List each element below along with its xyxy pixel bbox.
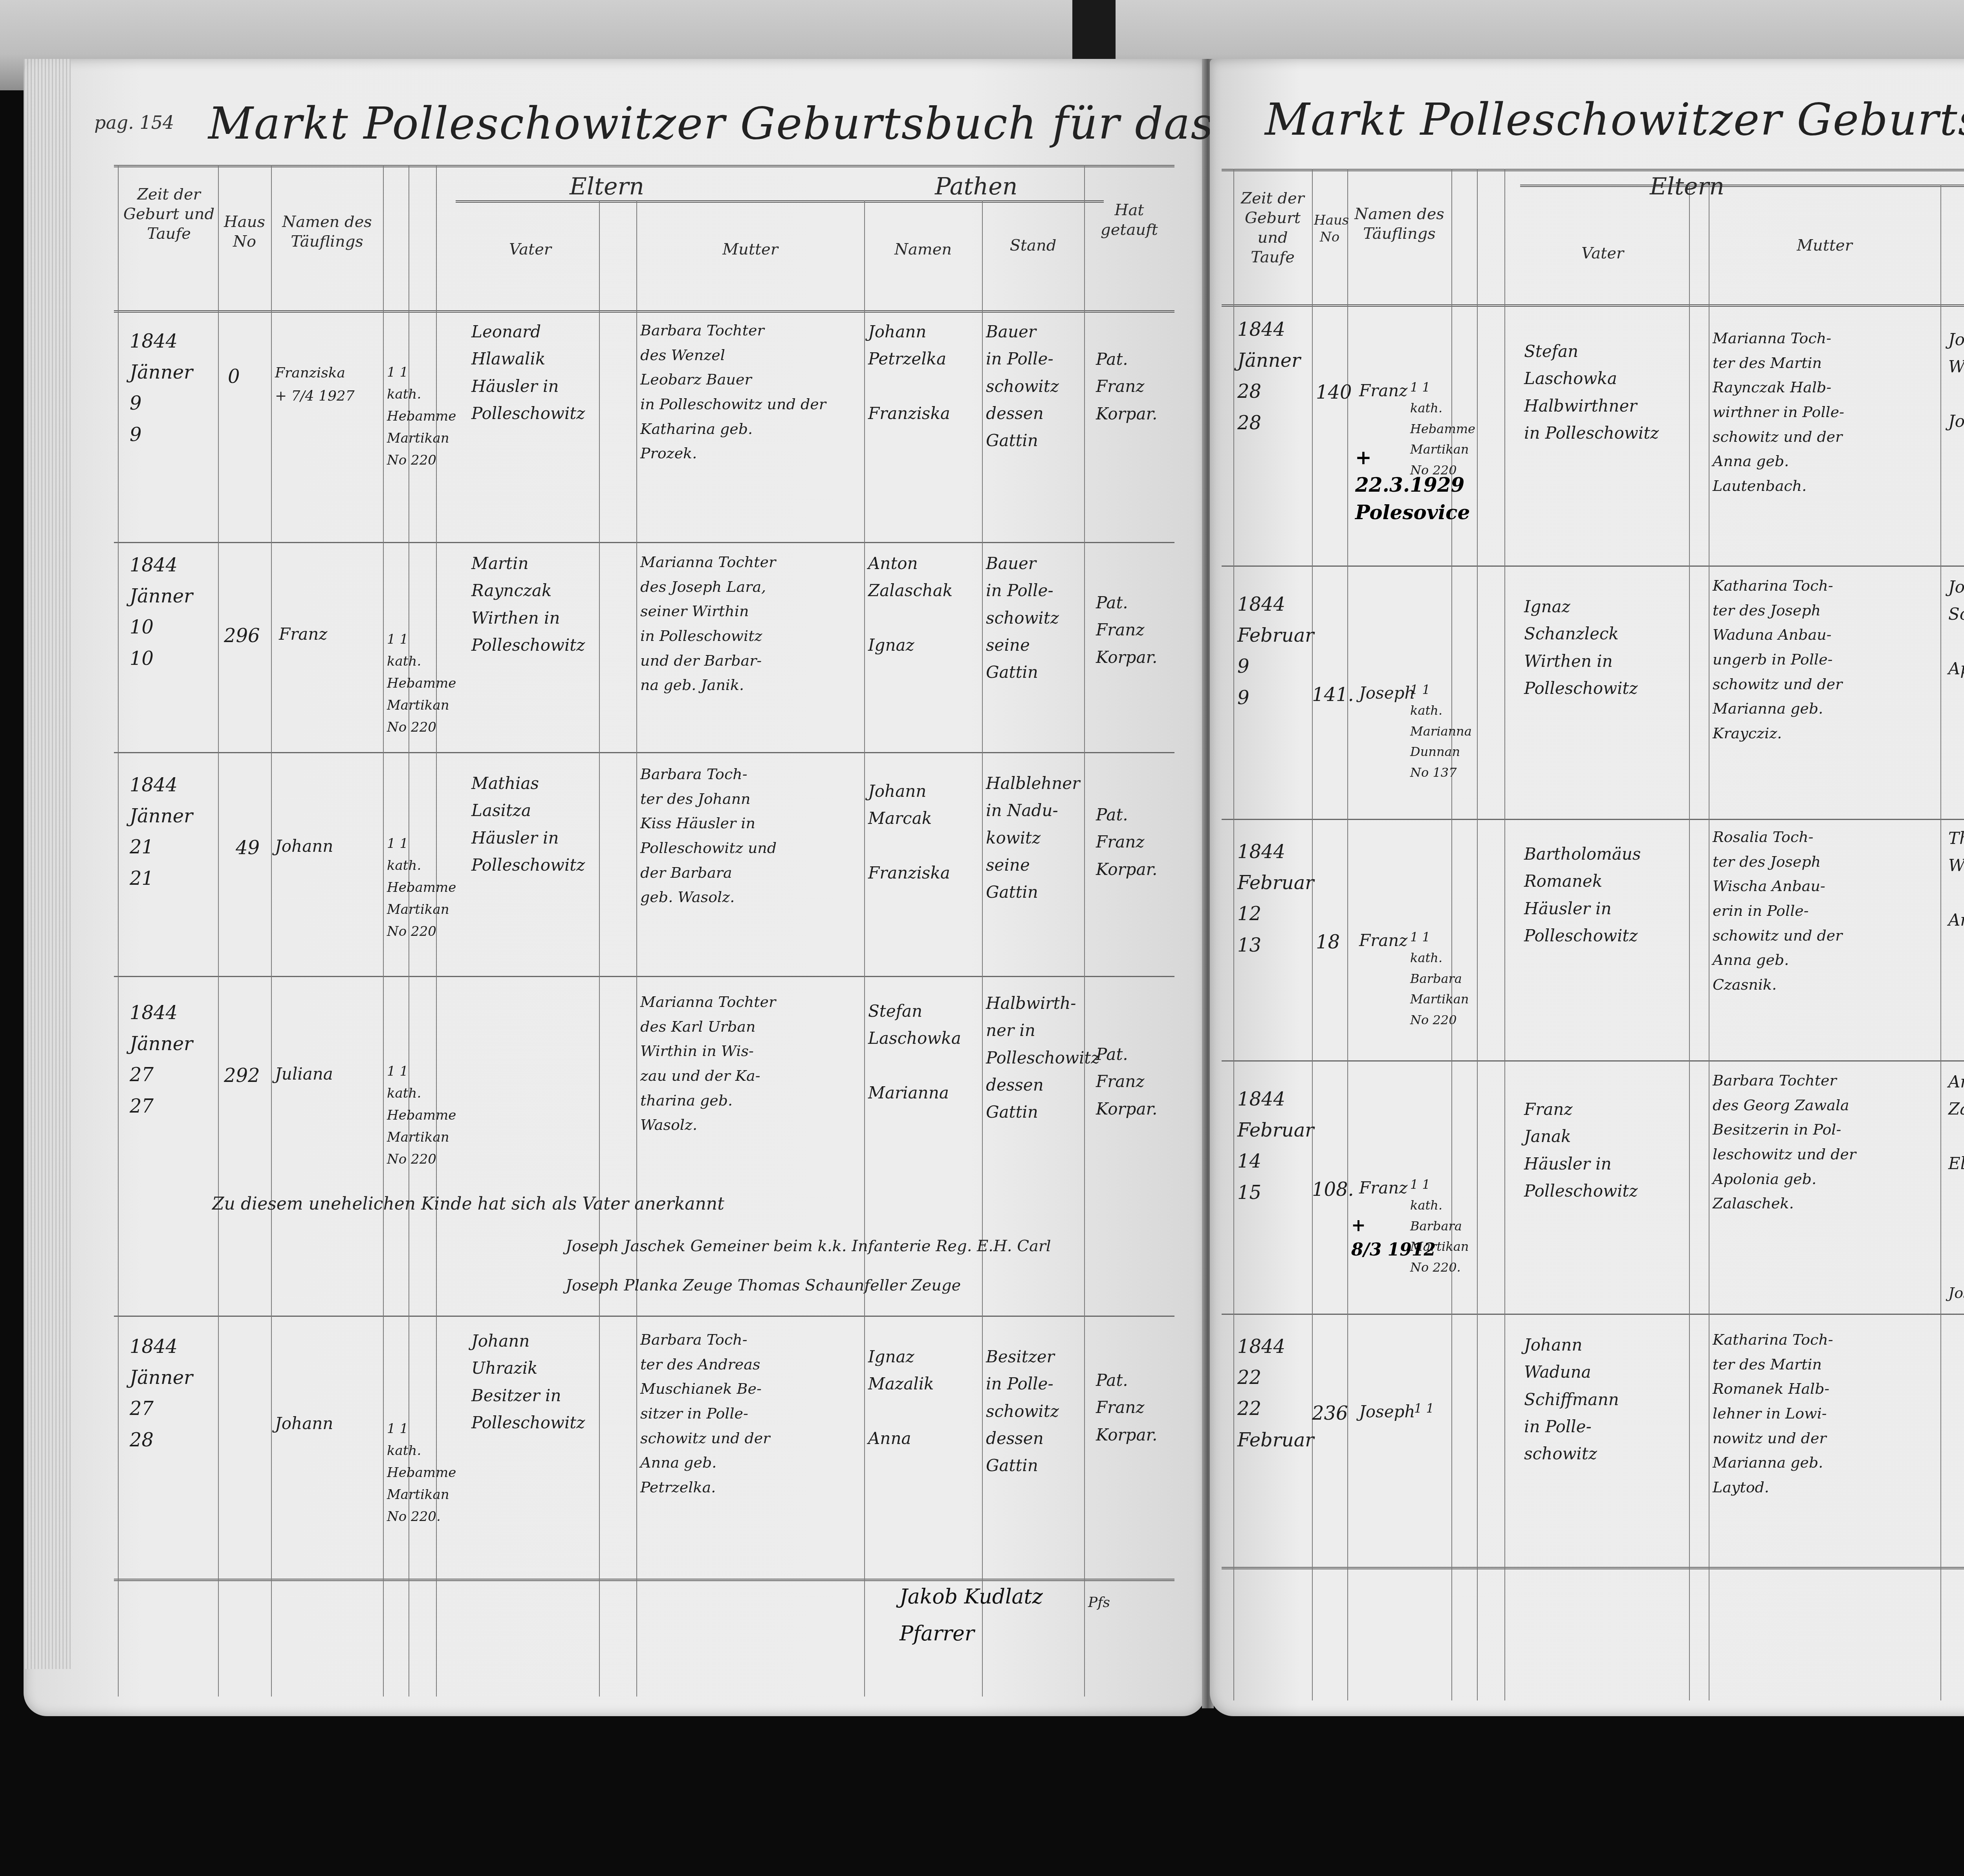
col-line [1689, 185, 1690, 1700]
col-line [982, 200, 983, 1697]
col-line [218, 165, 219, 1697]
left-group-header-godparents: Pathen [935, 173, 1017, 200]
right-table-bottom-rule [1222, 1567, 1964, 1569]
entry-godparent-names: Anton Zalaschak Ignaz [868, 550, 953, 659]
entry-mother: Barbara Tochter des Wenzel Leobarz Bauer… [640, 318, 826, 466]
left-col-header-house: Haus No [220, 212, 269, 251]
left-page-number: pag. 154 [94, 112, 174, 133]
left-col-header-godparent-status: Stand [986, 236, 1080, 255]
entry-baptized-by: Pat. Franz Korpar. [1096, 589, 1157, 671]
entry-mother: Marianna Toch- ter des Martin Raynczak H… [1713, 326, 1844, 498]
left-col-header-mother: Mutter [644, 240, 856, 259]
col-line [1233, 169, 1234, 1700]
left-row-divider [114, 752, 1174, 753]
entry-father: Martin Raynczak Wirthen in Polleschowitz [471, 550, 585, 659]
entry-marks: 1 1 kath. Hebamme Martikan No 220 [387, 361, 456, 471]
right-table-top-rule [1222, 169, 1964, 171]
entry-child-name: Franz [1359, 377, 1407, 404]
entry-mother: Barbara Toch- ter des Johann Kiss Häusle… [640, 762, 777, 910]
entry-child-name: Joseph [1359, 1398, 1415, 1425]
left-group-header-parents: Eltern [570, 173, 644, 200]
entry-house-number: 236 [1312, 1398, 1348, 1429]
col-line [1477, 169, 1478, 1700]
left-header-bottom-rule [114, 310, 1174, 313]
entry-date: 1844 Februar 14 15 [1237, 1084, 1314, 1208]
entry-child-name: Franz [279, 620, 327, 648]
right-page-title: Markt Polleschowitzer Geburtsbuch für da… [1265, 94, 1964, 145]
col-line [1940, 185, 1941, 1700]
left-col-header-child-name: Namen des Täuflings [273, 212, 381, 251]
entry-mother: Katharina Toch- ter des Joseph Waduna An… [1713, 573, 1843, 746]
entry-marks: 1 1 kath. Hebamme Martikan No 220 [387, 833, 456, 943]
entry-date: 1844 22 22 Februar [1237, 1331, 1314, 1456]
entry-house-number: 296 [224, 620, 260, 652]
right-row-divider [1222, 1060, 1964, 1062]
col-line [599, 200, 600, 1697]
entry-godparent-status: Bauer in Polle- schowitz dessen Gattin [986, 318, 1059, 454]
entry-father: Leonard Hlawalik Häusler in Polleschowit… [471, 318, 585, 427]
right-row-divider [1222, 819, 1964, 820]
entry-baptized-by: Pat. Franz Korpar. [1096, 1367, 1157, 1448]
left-pastor-signature: Jakob Kudlatz Pfarrer [900, 1579, 1043, 1652]
entry-date: 1844 Jänner 9 9 [130, 326, 193, 450]
left-signature-suffix: Pfs [1088, 1594, 1110, 1611]
right-col-header-father: Vater [1524, 243, 1681, 263]
col-line [636, 200, 637, 1697]
entry-date: 1844 Februar 9 9 [1237, 589, 1314, 714]
entry-godparent-extra: Joseph Walmüller Familiant in Wallachei. [1948, 1284, 1964, 1301]
entry-father: Mathias Lasitza Häusler in Polleschowitz [471, 770, 585, 879]
left-row-divider [114, 1316, 1174, 1317]
entry-godparent-names: Ignaz Mazalik Anna [868, 1343, 934, 1452]
right-subheader-rule [1520, 185, 1964, 187]
left-col-header-godparent-name: Namen [868, 240, 978, 259]
entry-baptized-by: Pat. Franz Korpar. [1096, 346, 1157, 427]
right-header-bottom-rule [1222, 304, 1964, 307]
entry-marks: 1 1 kath. Barbara Martikan No 220 [1410, 927, 1469, 1030]
entry-death-note: + 8/3 1912 [1351, 1213, 1436, 1262]
entry-mother: Marianna Tochter des Karl Urban Wirthin … [640, 990, 776, 1137]
entry-date: 1844 Jänner 28 28 [1237, 314, 1301, 439]
entry-child-name: Joseph [1359, 679, 1415, 706]
entry-father: Johann Uhrazik Besitzer in Polleschowitz [471, 1327, 585, 1436]
entry-date: 1844 Jänner 10 10 [130, 550, 193, 674]
entry-godparent-status: Halbwirth- ner in Polleschowitz dessen G… [986, 990, 1099, 1126]
binding-clip [1072, 0, 1116, 59]
entry-child-name: Franz [1359, 1174, 1407, 1201]
book-spread: pag. 154 Markt Polleschowitzer Geburtsbu… [0, 0, 1964, 1876]
entry-marks: 1 1 kath. Marianna Dunnan No 137 [1410, 679, 1472, 783]
left-col-header-date: Zeit der Geburt und Taufe [122, 185, 216, 243]
entry-child-name: Johann [275, 1410, 333, 1437]
entry-father: Stefan Laschowka Halbwirthner in Pollesc… [1524, 338, 1659, 447]
entry-godparent-names: Joseph Schanz Apolonia [1948, 573, 1964, 682]
entry-godparent-names: Johann Marcak Franziska [868, 778, 950, 886]
entry-godparent-names: Anton Zalaschak Elisabeth [1948, 1068, 1964, 1177]
entry-godparent-status: Besitzer in Polle- schowitz dessen Gatti… [986, 1343, 1059, 1479]
left-subheader-rule [456, 200, 1104, 203]
entry-child-name: Juliana [275, 1060, 333, 1087]
legitimation-note-line-3: Joseph Planka Zeuge Thomas Schaunfeller … [566, 1276, 961, 1294]
left-row-divider [114, 976, 1174, 977]
entry-date: 1844 Jänner 27 28 [130, 1331, 193, 1456]
left-row-divider [114, 542, 1174, 543]
left-table-top-rule [114, 165, 1174, 167]
col-line [1709, 185, 1709, 1700]
entry-marks: 1 1 kath. Hebamme Martikan No 220 [387, 1060, 456, 1170]
right-row-divider [1222, 1314, 1964, 1315]
left-col-header-baptized-by: Hat getauft [1088, 200, 1171, 240]
right-col-header-date: Zeit der Geburt und Taufe [1235, 189, 1310, 267]
entry-house-number: 108. [1312, 1174, 1354, 1205]
col-line [864, 200, 865, 1697]
entry-house-number: 49 [236, 833, 260, 864]
entry-father: Ignaz Schanzleck Wirthen in Polleschowit… [1524, 593, 1638, 702]
entry-house-number: 18 [1316, 927, 1340, 958]
legitimation-note-line-2: Joseph Jaschek Gemeiner beim k.k. Infant… [566, 1237, 1051, 1255]
entry-godparent-status: Bauer in Polle- schowitz seine Gattin [986, 550, 1059, 686]
entry-child-name: Franz [1359, 927, 1407, 954]
entry-mother: Marianna Tochter des Joseph Lara, seiner… [640, 550, 776, 697]
entry-marks: 1 1 kath. Hebamme Martikan No 220. [387, 1418, 456, 1528]
right-group-header-parents: Eltern [1650, 173, 1724, 200]
right-row-divider [1222, 566, 1964, 567]
entry-child-name: Johann [275, 833, 333, 860]
legitimation-note-line-1: Zu diesem unehelichen Kinde hat sich als… [212, 1194, 724, 1214]
entry-date: 1844 Jänner 21 21 [130, 770, 193, 894]
entry-godparent-names: Joseph Wozitzka Johanna [1948, 326, 1964, 435]
entry-baptized-by: Pat. Franz Korpar. [1096, 801, 1157, 883]
entry-godparent-names: Thomas Wischa Anna [1948, 825, 1964, 933]
entry-godparent-names: Johann Petrzelka Franziska [868, 318, 950, 427]
col-line [271, 165, 272, 1697]
entry-father: Bartholomäus Romanek Häusler in Pollesch… [1524, 840, 1641, 949]
entry-marks: 1 1 [1414, 1398, 1434, 1419]
entry-godparent-names: Stefan Laschowka Marianna [868, 997, 961, 1106]
entry-mother: Barbara Toch- ter des Andreas Muschianek… [640, 1327, 770, 1500]
entry-child-name: Franziska + 7/4 1927 [275, 361, 355, 408]
entry-date: 1844 Februar 12 13 [1237, 836, 1314, 961]
entry-house-number: 140 [1316, 377, 1352, 408]
col-line [1084, 165, 1085, 1697]
entry-mother: Barbara Tochter des Georg Zawala Besitze… [1713, 1068, 1856, 1216]
entry-mother: Rosalia Toch- ter des Joseph Wischa Anba… [1713, 825, 1843, 997]
entry-house-number: 0 [228, 361, 240, 392]
right-col-header-house: Haus No [1314, 212, 1345, 245]
col-line [383, 165, 384, 1697]
right-col-header-godparent-name: Namen [1944, 220, 1964, 240]
right-col-header-mother: Mutter [1717, 236, 1933, 255]
entry-death-note: + 22.3.1929 Polesovice [1355, 444, 1470, 526]
entry-baptized-by: Pat. Franz Korpar. [1096, 1041, 1157, 1122]
entry-date: 1844 Jänner 27 27 [130, 997, 193, 1122]
entry-father: Johann Waduna Schiffmann in Polle- schow… [1524, 1331, 1619, 1467]
col-line [118, 165, 119, 1697]
entry-marks: 1 1 kath. Hebamme Martikan No 220 [387, 628, 456, 738]
right-col-header-child-name: Namen des Täuflings [1349, 204, 1449, 243]
col-line [1504, 169, 1505, 1700]
entry-godparent-status: Halblehner in Nadu- kowitz seine Gattin [986, 770, 1080, 906]
entry-house-number: 292 [224, 1060, 260, 1091]
entry-mother: Katharina Toch- ter des Martin Romanek H… [1713, 1327, 1833, 1500]
entry-father: Franz Janak Häusler in Polleschowitz [1524, 1096, 1638, 1204]
entry-house-number: 141. [1312, 679, 1354, 710]
left-page-edges [24, 59, 71, 1669]
left-col-header-father: Vater [471, 240, 589, 259]
